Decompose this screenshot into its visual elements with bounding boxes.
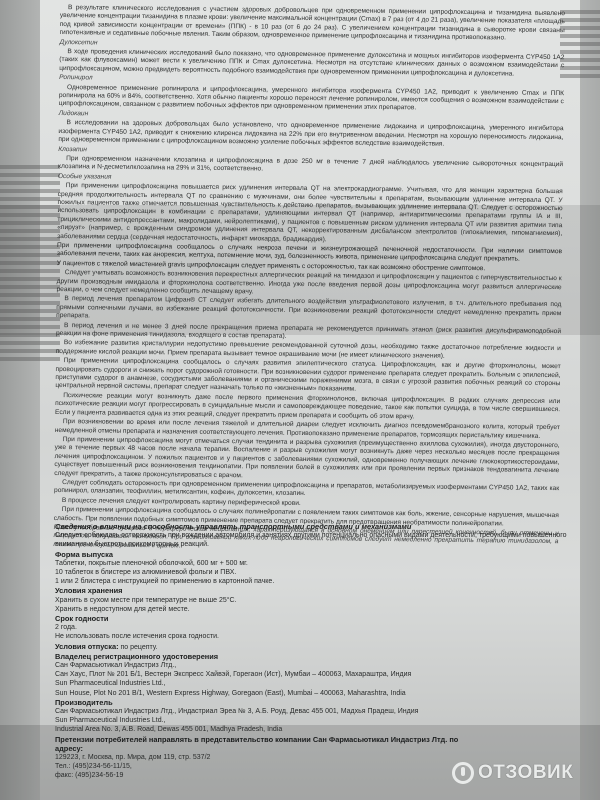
shelf-life-heading: Срок годности: [55, 614, 475, 623]
power-icon: [452, 762, 474, 784]
manufacturer-heading: Производитель: [55, 698, 475, 707]
paragraph: В результате клинического исследования с…: [60, 4, 565, 44]
storage-line: Хранить в сухом месте при температуре не…: [55, 596, 475, 605]
shelf-line: Не использовать после истечения срока го…: [55, 632, 475, 641]
manufacturer-line: Сан Фармасьютикал Индастриз Лтд., Индаст…: [55, 707, 475, 716]
otzovik-watermark: ОТЗОВИК: [452, 762, 573, 784]
form-heading: Форма выпуска: [55, 550, 475, 559]
paragraph: При применении ципрофлоксацина могут отм…: [54, 436, 559, 484]
right-edge-stripes: [560, 10, 600, 80]
holder-heading: Владелец регистрационного удостоверения: [55, 652, 475, 661]
paragraph: При применении ципрофлоксацина сообщалос…: [55, 357, 560, 397]
driving-heading: Сведения о влиянии на способность управл…: [55, 522, 475, 531]
claims-line: Тел.: (495)234-56-11/15,: [55, 762, 475, 771]
watermark-text: ОТЗОВИК: [478, 762, 573, 784]
drug-interactions-section: В результате клинического исследования с…: [58, 4, 565, 187]
dispense-conditions: Условия отпуска: по рецепту.: [55, 642, 475, 652]
driving-text: Следует соблюдать осторожность при вожде…: [55, 531, 575, 549]
holder-line: Сан Хаус, Плот № 201 Б/1, Вестерн Экспре…: [55, 670, 475, 679]
claims-line: 129223, г. Москва, пр. Мира, дом 119, ст…: [55, 753, 475, 762]
holder-line: Сан Фармасьютикал Индастриз Лтд.,: [55, 661, 475, 670]
form-line: 10 таблеток в блистере из алюминиевой фо…: [55, 568, 475, 577]
left-edge-stripes: [0, 165, 60, 365]
holder-line: Sun House, Plot No 201 B/1, Western Expr…: [55, 689, 475, 698]
paragraph: При применении ципрофлоксацина повышаетс…: [57, 182, 563, 247]
instructions-text: В результате клинического исследования с…: [53, 4, 565, 556]
form-line: Таблетки, покрытые пленочной оболочкой, …: [55, 559, 475, 568]
special-instructions-section: При применении ципрофлоксацина повышаетс…: [53, 182, 562, 555]
manufacturer-line: Industrial Area No. 3, A.B. Road, Dewas …: [55, 725, 475, 734]
manufacturer-line: Sun Pharmaceutical Industries Ltd.,: [55, 716, 475, 725]
holder-line: Sun Pharmaceutical Industries Ltd.,: [55, 679, 475, 688]
leaflet-footer: Сведения о влиянии на способность управл…: [55, 522, 475, 781]
storage-line: Хранить в недоступном для детей месте.: [55, 605, 475, 614]
form-line: 1 или 2 блистера с инструкцией по примен…: [55, 577, 475, 586]
shelf-line: 2 года.: [55, 623, 475, 632]
claims-line: факс: (495)234-56-19: [55, 771, 475, 780]
dispense-label: Условия отпуска:: [55, 642, 119, 651]
dispense-value: по рецепту.: [120, 644, 157, 651]
storage-heading: Условия хранения: [55, 586, 475, 595]
claims-heading: Претензии потребителей направлять в пред…: [55, 735, 475, 753]
